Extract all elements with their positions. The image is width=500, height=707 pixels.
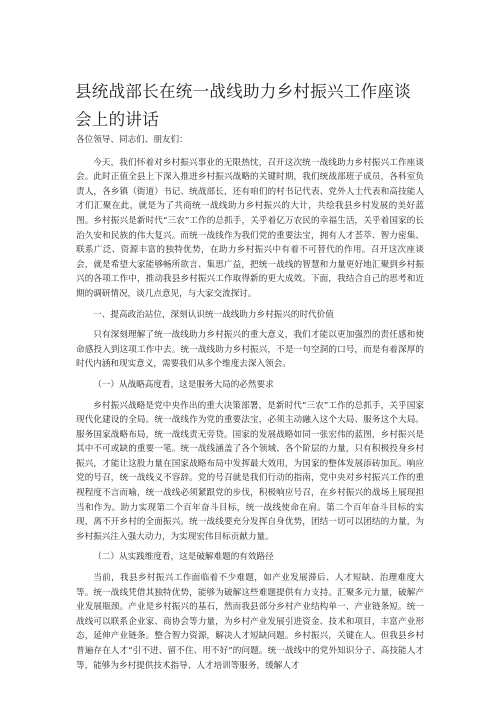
document-title: 县统战部长在统一战线助力乡村振兴工作座谈会上的讲话 (75, 78, 425, 134)
paragraph-1: 只有深刻理解了统一战线助力乡村振兴的重大意义，我们才能以更加强烈的责任感和使命感… (76, 328, 424, 372)
intro-paragraph: 今天，我们怀着对乡村振兴事业的无限热忱，召开这次统一战线助力乡村振兴工作座谈会。… (76, 156, 424, 302)
subheading-2: （二）从实践维度看，这是破解难题的有效路径 (76, 550, 424, 565)
paragraph-2: 乡村振兴战略是党中央作出的重大决策部署，是新时代“三农”工作的总抓手，关乎国家现… (76, 399, 424, 545)
document-page: 县统战部长在统一战线助力乡村振兴工作座谈会上的讲话 各位领导、同志们、朋友们： … (0, 0, 500, 707)
salutation: 各位领导、同志们、朋友们： (76, 133, 424, 148)
section-heading-1: 一、提高政治站位，深刻认识统一战线助力乡村振兴的时代价值 (76, 308, 424, 323)
subheading-1: （一）从战略高度看，这是服务大局的必然要求 (76, 378, 424, 393)
document-body: 各位领导、同志们、朋友们： 今天，我们怀着对乡村振兴事业的无限热忱，召开这次统一… (76, 133, 424, 673)
paragraph-3: 当前，我县乡村振兴工作面临着不少难题，如产业发展滞后、人才短缺、治理难度大等。统… (76, 571, 424, 673)
